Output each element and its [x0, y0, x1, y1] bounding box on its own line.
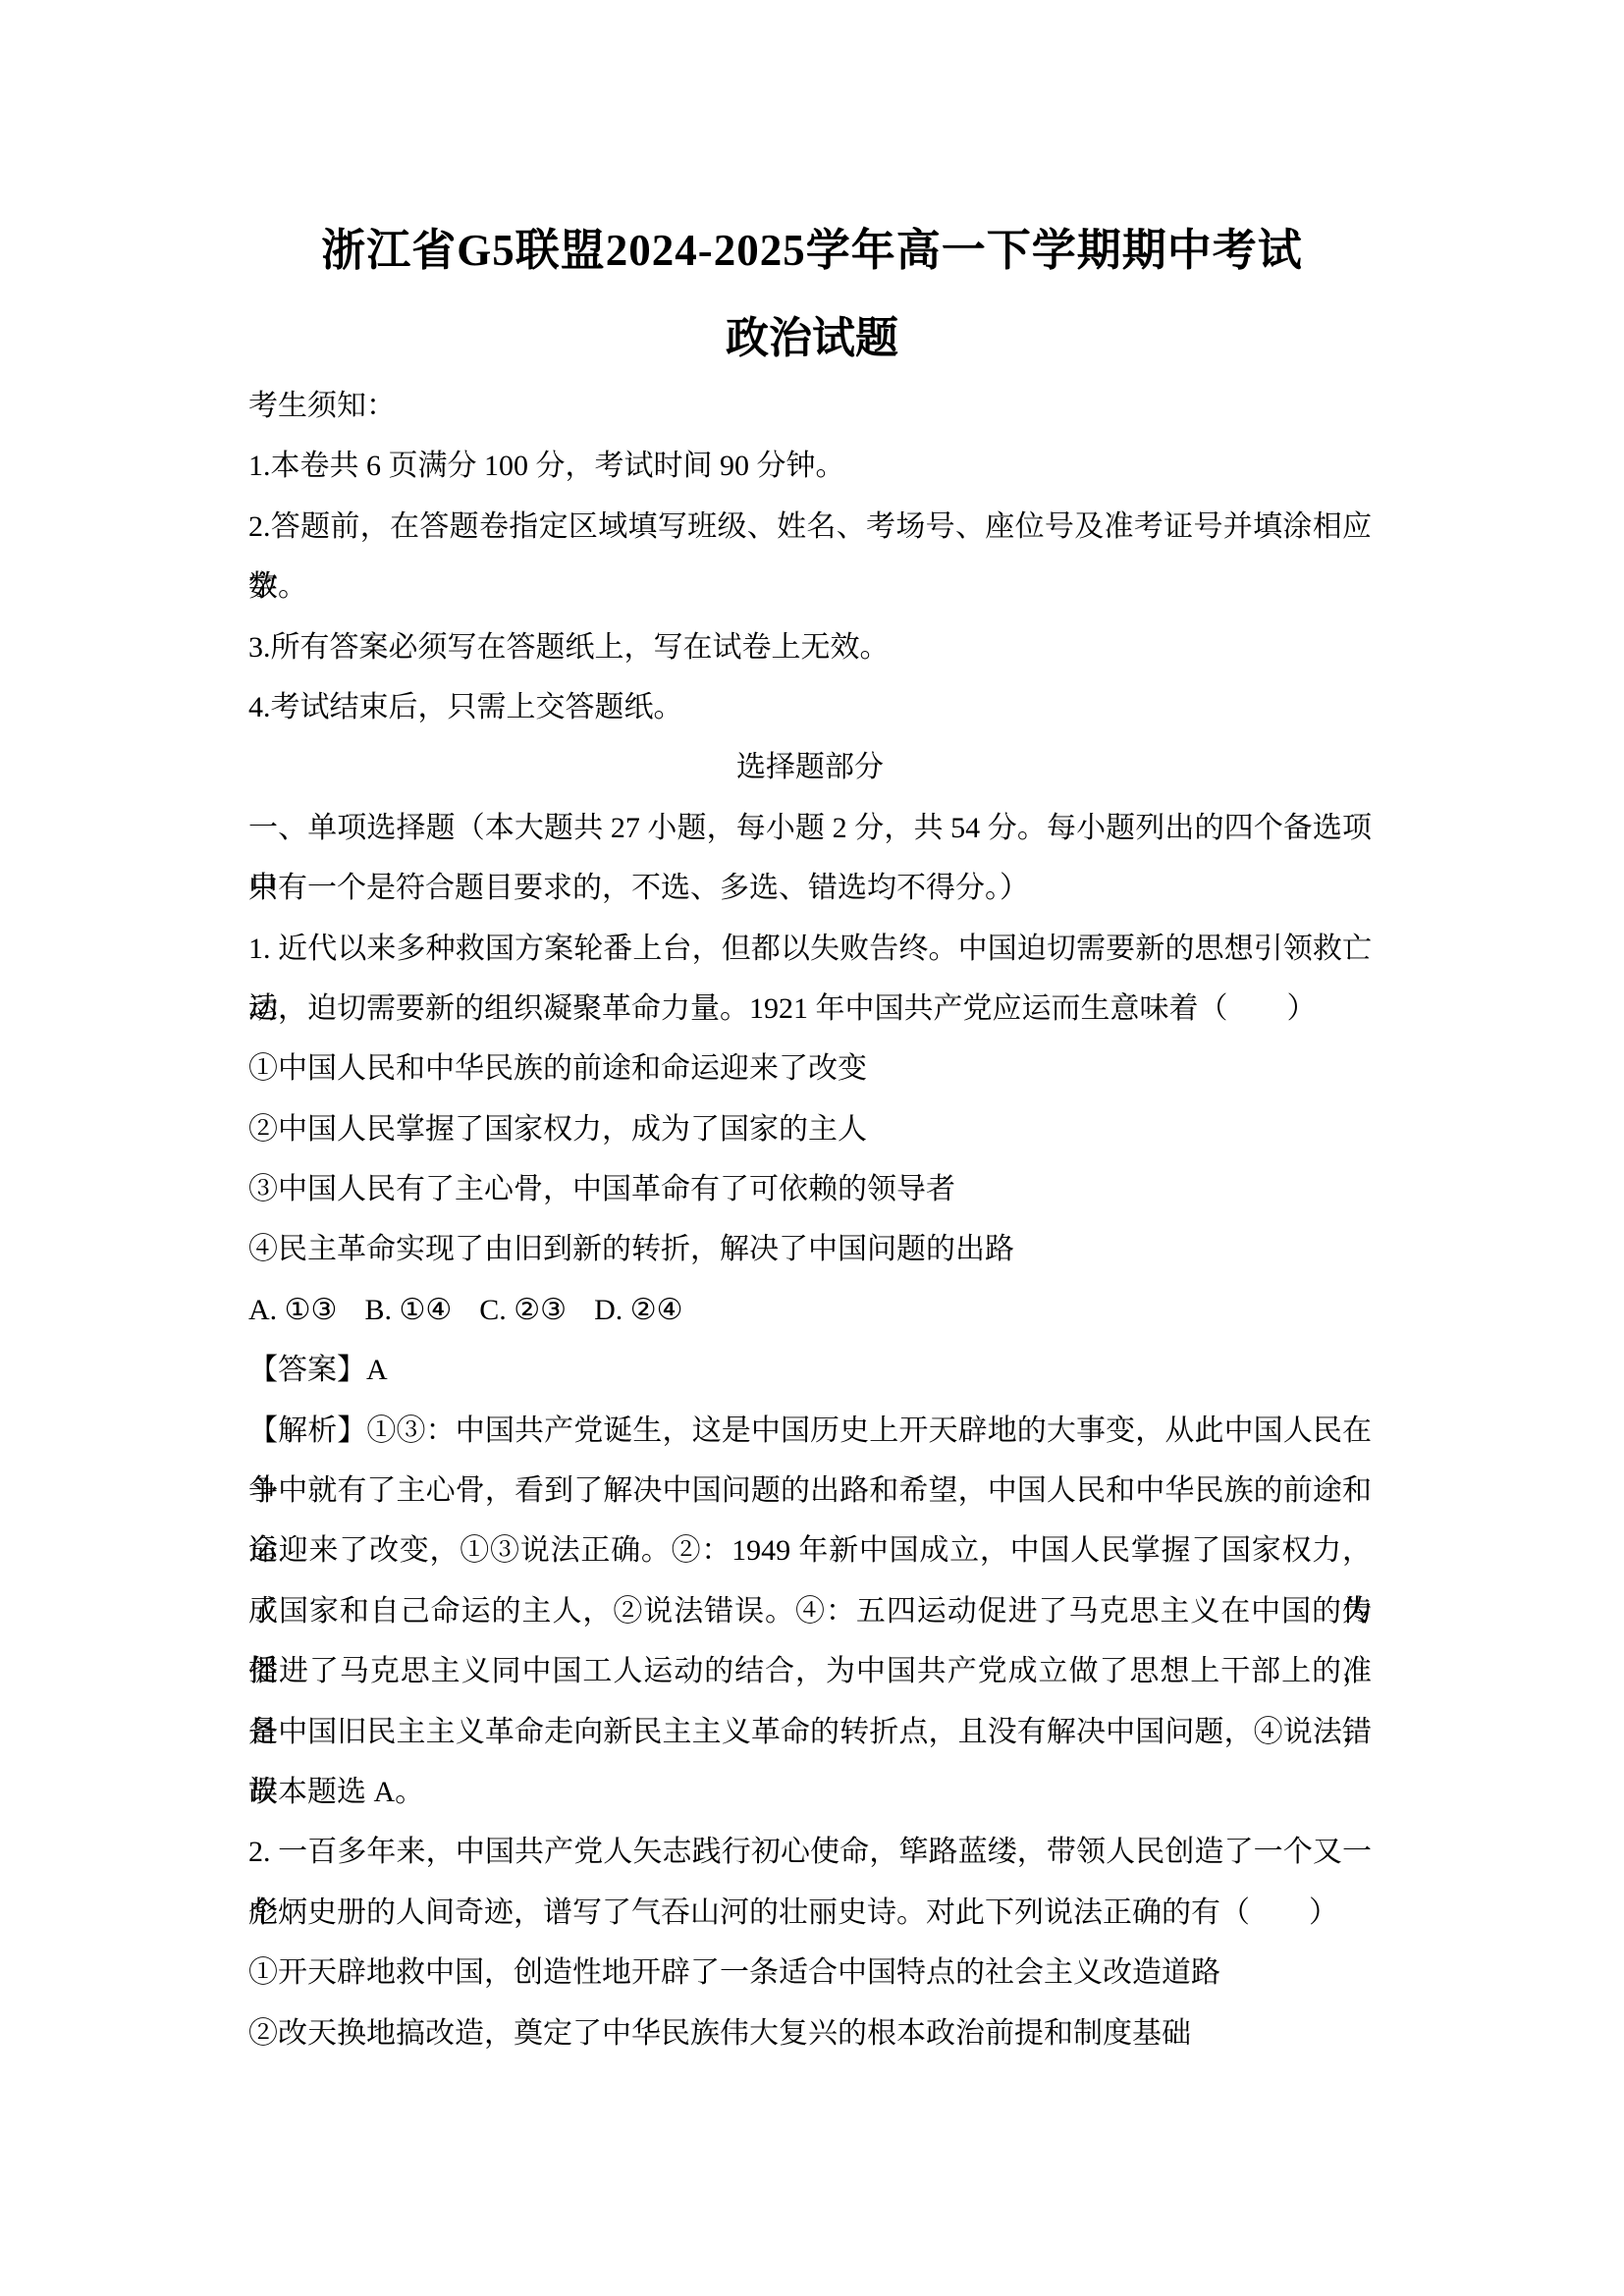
question-2-statement-line: ②改天换地搞改造，奠定了中华民族伟大复兴的根本政治前提和制度基础	[248, 2003, 1372, 2063]
notice-line: 字。	[248, 557, 1372, 616]
exam-document-page: { "header": { "title": "浙江省G5联盟2024-2025…	[0, 0, 1624, 2296]
instruction-line: 一、单项选择题（本大题共 27 小题，每小题 2 分，共 54 分。每小题列出的…	[248, 798, 1372, 858]
notice-line: 4.考试结束后，只需上交答题纸。	[248, 677, 1372, 737]
answer-option-d: D. ②④	[594, 1294, 682, 1326]
answer-option-c: C. ②③	[479, 1294, 567, 1326]
answer-option-b: B. ①④	[364, 1294, 452, 1326]
question-1-statement-line: ④民主革命实现了由旧到新的转折，解决了中国问题的出路	[248, 1219, 1372, 1279]
instruction-line: 只有一个是符合题目要求的，不选、多选、错选均不得分。）	[248, 858, 1372, 918]
question-1-analysis-line: 故本题选 A。	[248, 1762, 1372, 1822]
section-heading: 选择题部分	[248, 737, 1372, 797]
question-1-analysis-line: 促进了马克思主义同中国工人运动的结合，为中国共产党成立做了思想上干部上的准备，	[248, 1641, 1372, 1701]
question-1-analysis-line: 了国家和自己命运的主人，②说法错误。④：五四运动促进了马克思主义在中国的传播，	[248, 1581, 1372, 1641]
document-body: 考生须知：1.本卷共 6 页满分 100 分，考试时间 90 分钟。2.答题前，…	[248, 376, 1372, 2063]
exam-title: 浙江省G5联盟2024-2025学年高一下学期期中考试	[0, 224, 1624, 277]
question-1-analysis-line: 是中国旧民主主义革命走向新民主主义革命的转折点，且没有解决中国问题，④说法错误	[248, 1702, 1372, 1762]
notice-heading: 考生须知：	[248, 376, 1372, 436]
question-1-statement-line: ③中国人民有了主心骨，中国革命有了可依赖的领导者	[248, 1159, 1372, 1219]
question-2-stem-line: 彪炳史册的人间奇迹，谱写了气吞山河的壮丽史诗。对此下列说法正确的有（ ）	[248, 1883, 1372, 1943]
question-1-stem-line: 1. 近代以来多种救国方案轮番上台，但都以失败告终。中国迫切需要新的思想引领救亡…	[248, 919, 1372, 979]
exam-subtitle: 政治试题	[0, 312, 1624, 365]
answer-option-a: A. ①③	[248, 1294, 337, 1326]
question-1-statement-line: ①中国人民和中华民族的前途和命运迎来了改变	[248, 1039, 1372, 1098]
question-1-stem-line: 动，迫切需要新的组织凝聚革命力量。1921 年中国共产党应运而生意味着（ ）	[248, 979, 1372, 1039]
notice-line: 1.本卷共 6 页满分 100 分，考试时间 90 分钟。	[248, 436, 1372, 496]
question-1-options-line: A. ①③B. ①④C. ②③D. ②④	[248, 1280, 1372, 1340]
notice-line: 3.所有答案必须写在答题纸上，写在试卷上无效。	[248, 617, 1372, 677]
notice-line: 2.答题前，在答题卷指定区域填写班级、姓名、考场号、座位号及准考证号并填涂相应数	[248, 497, 1372, 557]
question-2-stem-line: 2. 一百多年来，中国共产党人矢志践行初心使命，筚路蓝缕，带领人民创造了一个又一…	[248, 1822, 1372, 1882]
question-1-analysis-line: 争中就有了主心骨，看到了解决中国问题的出路和希望，中国人民和中华民族的前途和命	[248, 1461, 1372, 1521]
question-1-answer-line: 【答案】A	[248, 1340, 1372, 1400]
question-1-statement-line: ②中国人民掌握了国家权力，成为了国家的主人	[248, 1099, 1372, 1159]
question-2-statement-line: ①开天辟地救中国，创造性地开辟了一条适合中国特点的社会主义改造道路	[248, 1943, 1372, 2002]
question-1-analysis-line: 【解析】①③：中国共产党诞生，这是中国历史上开天辟地的大事变，从此中国人民在斗	[248, 1401, 1372, 1461]
question-1-analysis-line: 运迎来了改变，①③说法正确。②：1949 年新中国成立，中国人民掌握了国家权力，…	[248, 1521, 1372, 1580]
